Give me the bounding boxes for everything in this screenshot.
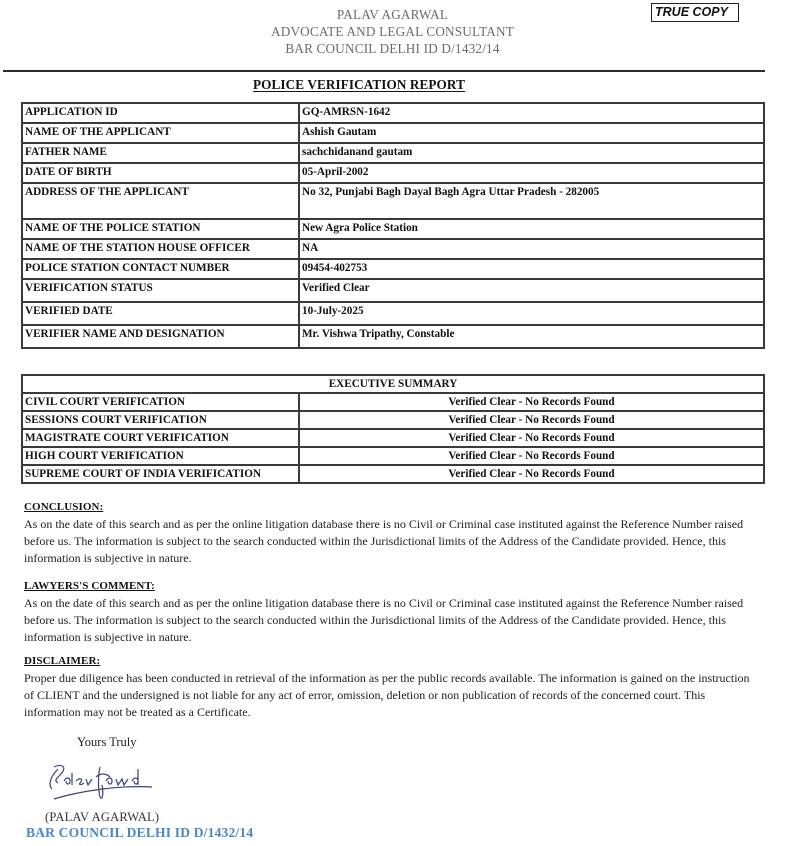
table-row: POLICE STATION CONTACT NUMBER09454-40275…: [22, 259, 764, 279]
table-row: DATE OF BIRTH05-April-2002: [22, 163, 764, 183]
row-value: 10-July-2025: [299, 302, 764, 325]
table-row: APPLICATION IDGQ-AMRSN-1642: [22, 103, 764, 123]
row-label: APPLICATION ID: [22, 103, 299, 123]
row-label: VERIFIER NAME AND DESIGNATION: [22, 325, 299, 348]
row-label: MAGISTRATE COURT VERIFICATION: [22, 429, 299, 447]
true-copy-stamp: TRUE COPY: [651, 3, 739, 22]
row-label: VERIFICATION STATUS: [22, 279, 299, 302]
disclaimer-heading: DISCLAIMER:: [24, 653, 759, 670]
table-row: NAME OF THE APPLICANTAshish Gautam: [22, 123, 764, 143]
signatory-bar-council-id: BAR COUNCIL DELHI ID D/1432/14: [26, 825, 253, 841]
row-value: sachchidanand gautam: [299, 143, 764, 163]
row-value: 05-April-2002: [299, 163, 764, 183]
summary-heading: EXECUTIVE SUMMARY: [22, 375, 764, 393]
row-label: HIGH COURT VERIFICATION: [22, 447, 299, 465]
row-value: NA: [299, 239, 764, 259]
signature-image: [40, 755, 160, 810]
row-label: CIVIL COURT VERIFICATION: [22, 393, 299, 411]
row-label: SUPREME COURT OF INDIA VERIFICATION: [22, 465, 299, 483]
header-divider: [3, 70, 765, 72]
table-row: MAGISTRATE COURT VERIFICATIONVerified Cl…: [22, 429, 764, 447]
lawyers-comment-section: LAWYERS'S COMMENT: As on the date of thi…: [24, 578, 759, 646]
row-label: ADDRESS OF THE APPLICANT: [22, 183, 299, 219]
row-label: NAME OF THE POLICE STATION: [22, 219, 299, 239]
row-label: FATHER NAME: [22, 143, 299, 163]
table-row: NAME OF THE STATION HOUSE OFFICERNA: [22, 239, 764, 259]
row-value: Verified Clear - No Records Found: [299, 429, 764, 447]
advocate-title: ADVOCATE AND LEGAL CONSULTANT: [0, 23, 785, 40]
row-label: NAME OF THE STATION HOUSE OFFICER: [22, 239, 299, 259]
row-value: Verified Clear - No Records Found: [299, 393, 764, 411]
disclaimer-section: DISCLAIMER: Proper due diligence has bee…: [24, 653, 759, 721]
report-title: POLICE VERIFICATION REPORT: [0, 77, 718, 93]
table-row: VERIFIER NAME AND DESIGNATIONMr. Vishwa …: [22, 325, 764, 348]
row-label: DATE OF BIRTH: [22, 163, 299, 183]
conclusion-section: CONCLUSION: As on the date of this searc…: [24, 499, 759, 567]
table-row: NAME OF THE POLICE STATIONNew Agra Polic…: [22, 219, 764, 239]
row-label: NAME OF THE APPLICANT: [22, 123, 299, 143]
row-value: Verified Clear - No Records Found: [299, 447, 764, 465]
disclaimer-text: Proper due diligence has been conducted …: [24, 670, 759, 721]
lawyers-comment-heading: LAWYERS'S COMMENT:: [24, 578, 759, 595]
conclusion-heading: CONCLUSION:: [24, 499, 759, 516]
table-row: VERIFIED DATE10-July-2025: [22, 302, 764, 325]
table-row: HIGH COURT VERIFICATIONVerified Clear - …: [22, 447, 764, 465]
row-value: Ashish Gautam: [299, 123, 764, 143]
table-row: CIVIL COURT VERIFICATIONVerified Clear -…: [22, 393, 764, 411]
row-value: Verified Clear - No Records Found: [299, 411, 764, 429]
row-value: No 32, Punjabi Bagh Dayal Bagh Agra Utta…: [299, 183, 764, 219]
row-label: SESSIONS COURT VERIFICATION: [22, 411, 299, 429]
row-value: Mr. Vishwa Tripathy, Constable: [299, 325, 764, 348]
executive-summary-table: EXECUTIVE SUMMARY CIVIL COURT VERIFICATI…: [21, 374, 765, 484]
bar-council-id: BAR COUNCIL DELHI ID D/1432/14: [0, 40, 785, 57]
lawyers-comment-text: As on the date of this search and as per…: [24, 595, 759, 646]
table-row: SESSIONS COURT VERIFICATIONVerified Clea…: [22, 411, 764, 429]
signatory-name: (PALAV AGARWAL): [45, 810, 159, 825]
closing-text: Yours Truly: [77, 735, 137, 750]
row-value: GQ-AMRSN-1642: [299, 103, 764, 123]
row-label: VERIFIED DATE: [22, 302, 299, 325]
row-label: POLICE STATION CONTACT NUMBER: [22, 259, 299, 279]
table-row: ADDRESS OF THE APPLICANTNo 32, Punjabi B…: [22, 183, 764, 219]
row-value: Verified Clear: [299, 279, 764, 302]
applicant-details-table: APPLICATION IDGQ-AMRSN-1642 NAME OF THE …: [21, 102, 765, 349]
conclusion-text: As on the date of this search and as per…: [24, 516, 759, 567]
row-value: Verified Clear - No Records Found: [299, 465, 764, 483]
table-row: VERIFICATION STATUSVerified Clear: [22, 279, 764, 302]
row-value: New Agra Police Station: [299, 219, 764, 239]
summary-heading-row: EXECUTIVE SUMMARY: [22, 375, 764, 393]
table-row: FATHER NAMEsachchidanand gautam: [22, 143, 764, 163]
table-row: SUPREME COURT OF INDIA VERIFICATIONVerif…: [22, 465, 764, 483]
row-value: 09454-402753: [299, 259, 764, 279]
